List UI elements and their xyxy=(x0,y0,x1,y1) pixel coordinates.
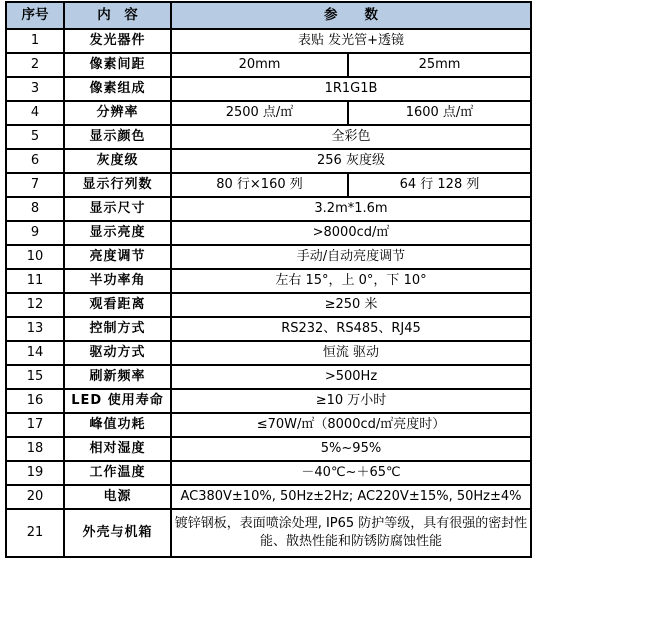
row-no: 10 xyxy=(6,245,64,269)
row-label: 显示尺寸 xyxy=(64,197,171,221)
row-label: 工作温度 xyxy=(64,461,171,485)
table-row: 9 显示亮度 >8000cd/㎡ xyxy=(6,221,531,245)
table-row: 18 相对湿度 5%~95% xyxy=(6,437,531,461)
row-no: 20 xyxy=(6,485,64,509)
row-value: 1R1G1B xyxy=(171,77,531,101)
row-value: RS232、RS485、RJ45 xyxy=(171,317,531,341)
table-row: 6 灰度级 256 灰度级 xyxy=(6,149,531,173)
table-row: 7 显示行列数 80 行×160 列 64 行 128 列 xyxy=(6,173,531,197)
spec-table: 序号 内 容 参 数 1 发光器件 表贴 发光管+透镜 2 像素间距 20mm … xyxy=(5,1,532,558)
row-no: 3 xyxy=(6,77,64,101)
table-row: 10 亮度调节 手动/自动亮度调节 xyxy=(6,245,531,269)
row-no: 1 xyxy=(6,29,64,53)
row-label: 像素间距 xyxy=(64,53,171,77)
row-label: 驱动方式 xyxy=(64,341,171,365)
header-content: 内 容 xyxy=(64,2,171,29)
row-label: 刷新频率 xyxy=(64,365,171,389)
row-value: 恒流 驱动 xyxy=(171,341,531,365)
row-value-left: 20mm xyxy=(171,53,348,77)
row-value: ≥10 万小时 xyxy=(171,389,531,413)
row-label: 峰值功耗 xyxy=(64,413,171,437)
row-no: 19 xyxy=(6,461,64,485)
row-label: LED 使用寿命 xyxy=(64,389,171,413)
row-value: 左右 15°，上 0°，下 10° xyxy=(171,269,531,293)
table-row: 4 分辨率 2500 点/㎡ 1600 点/㎡ xyxy=(6,101,531,125)
row-no: 13 xyxy=(6,317,64,341)
table-row: 3 像素组成 1R1G1B xyxy=(6,77,531,101)
row-no: 11 xyxy=(6,269,64,293)
table-row: 14 驱动方式 恒流 驱动 xyxy=(6,341,531,365)
row-label: 发光器件 xyxy=(64,29,171,53)
row-label: 显示颜色 xyxy=(64,125,171,149)
row-label: 观看距离 xyxy=(64,293,171,317)
row-no: 6 xyxy=(6,149,64,173)
table-row: 1 发光器件 表贴 发光管+透镜 xyxy=(6,29,531,53)
row-no: 17 xyxy=(6,413,64,437)
table-row: 11 半功率角 左右 15°，上 0°，下 10° xyxy=(6,269,531,293)
row-value: >8000cd/㎡ xyxy=(171,221,531,245)
row-no: 4 xyxy=(6,101,64,125)
row-value-right: 25mm xyxy=(348,53,531,77)
table-row: 16 LED 使用寿命 ≥10 万小时 xyxy=(6,389,531,413)
row-label: 显示亮度 xyxy=(64,221,171,245)
row-value: AC380V±10%, 50Hz±2Hz; AC220V±15%, 50Hz±4… xyxy=(171,485,531,509)
row-value-right: 1600 点/㎡ xyxy=(348,101,531,125)
row-value: 5%~95% xyxy=(171,437,531,461)
row-no: 7 xyxy=(6,173,64,197)
row-label: 亮度调节 xyxy=(64,245,171,269)
row-value: 表贴 发光管+透镜 xyxy=(171,29,531,53)
row-label: 外壳与机箱 xyxy=(64,509,171,557)
row-value: －40℃~＋65℃ xyxy=(171,461,531,485)
row-label: 分辨率 xyxy=(64,101,171,125)
row-no: 16 xyxy=(6,389,64,413)
page: 序号 内 容 参 数 1 发光器件 表贴 发光管+透镜 2 像素间距 20mm … xyxy=(0,0,663,618)
row-no: 15 xyxy=(6,365,64,389)
table-row: 2 像素间距 20mm 25mm xyxy=(6,53,531,77)
row-value-left: 80 行×160 列 xyxy=(171,173,348,197)
row-value-right: 64 行 128 列 xyxy=(348,173,531,197)
table-row: 13 控制方式 RS232、RS485、RJ45 xyxy=(6,317,531,341)
row-no: 8 xyxy=(6,197,64,221)
row-label: 显示行列数 xyxy=(64,173,171,197)
table-row: 19 工作温度 －40℃~＋65℃ xyxy=(6,461,531,485)
row-label: 控制方式 xyxy=(64,317,171,341)
table-row: 20 电源 AC380V±10%, 50Hz±2Hz; AC220V±15%, … xyxy=(6,485,531,509)
row-label: 半功率角 xyxy=(64,269,171,293)
table-row: 15 刷新频率 >500Hz xyxy=(6,365,531,389)
table-row: 21 外壳与机箱 镀锌钢板，表面喷涂处理, IP65 防护等级，具有很强的密封性… xyxy=(6,509,531,557)
row-label: 像素组成 xyxy=(64,77,171,101)
table-row: 17 峰值功耗 ≤70W/㎡（8000cd/㎡亮度时） xyxy=(6,413,531,437)
row-no: 5 xyxy=(6,125,64,149)
row-value: 镀锌钢板，表面喷涂处理, IP65 防护等级，具有很强的密封性能、散热性能和防锈… xyxy=(171,509,531,557)
row-no: 12 xyxy=(6,293,64,317)
row-value: ≥250 米 xyxy=(171,293,531,317)
row-no: 14 xyxy=(6,341,64,365)
row-label: 电源 xyxy=(64,485,171,509)
row-label: 相对湿度 xyxy=(64,437,171,461)
row-value: 手动/自动亮度调节 xyxy=(171,245,531,269)
row-value: 256 灰度级 xyxy=(171,149,531,173)
row-value: 3.2m*1.6m xyxy=(171,197,531,221)
row-no: 18 xyxy=(6,437,64,461)
row-label: 灰度级 xyxy=(64,149,171,173)
row-no: 2 xyxy=(6,53,64,77)
table-row: 5 显示颜色 全彩色 xyxy=(6,125,531,149)
row-value: >500Hz xyxy=(171,365,531,389)
table-row: 8 显示尺寸 3.2m*1.6m xyxy=(6,197,531,221)
row-no: 21 xyxy=(6,509,64,557)
row-value-left: 2500 点/㎡ xyxy=(171,101,348,125)
header-no: 序号 xyxy=(6,2,64,29)
row-value: 全彩色 xyxy=(171,125,531,149)
row-no: 9 xyxy=(6,221,64,245)
header-param: 参 数 xyxy=(171,2,531,29)
header-row: 序号 内 容 参 数 xyxy=(6,2,531,29)
row-value: ≤70W/㎡（8000cd/㎡亮度时） xyxy=(171,413,531,437)
table-row: 12 观看距离 ≥250 米 xyxy=(6,293,531,317)
